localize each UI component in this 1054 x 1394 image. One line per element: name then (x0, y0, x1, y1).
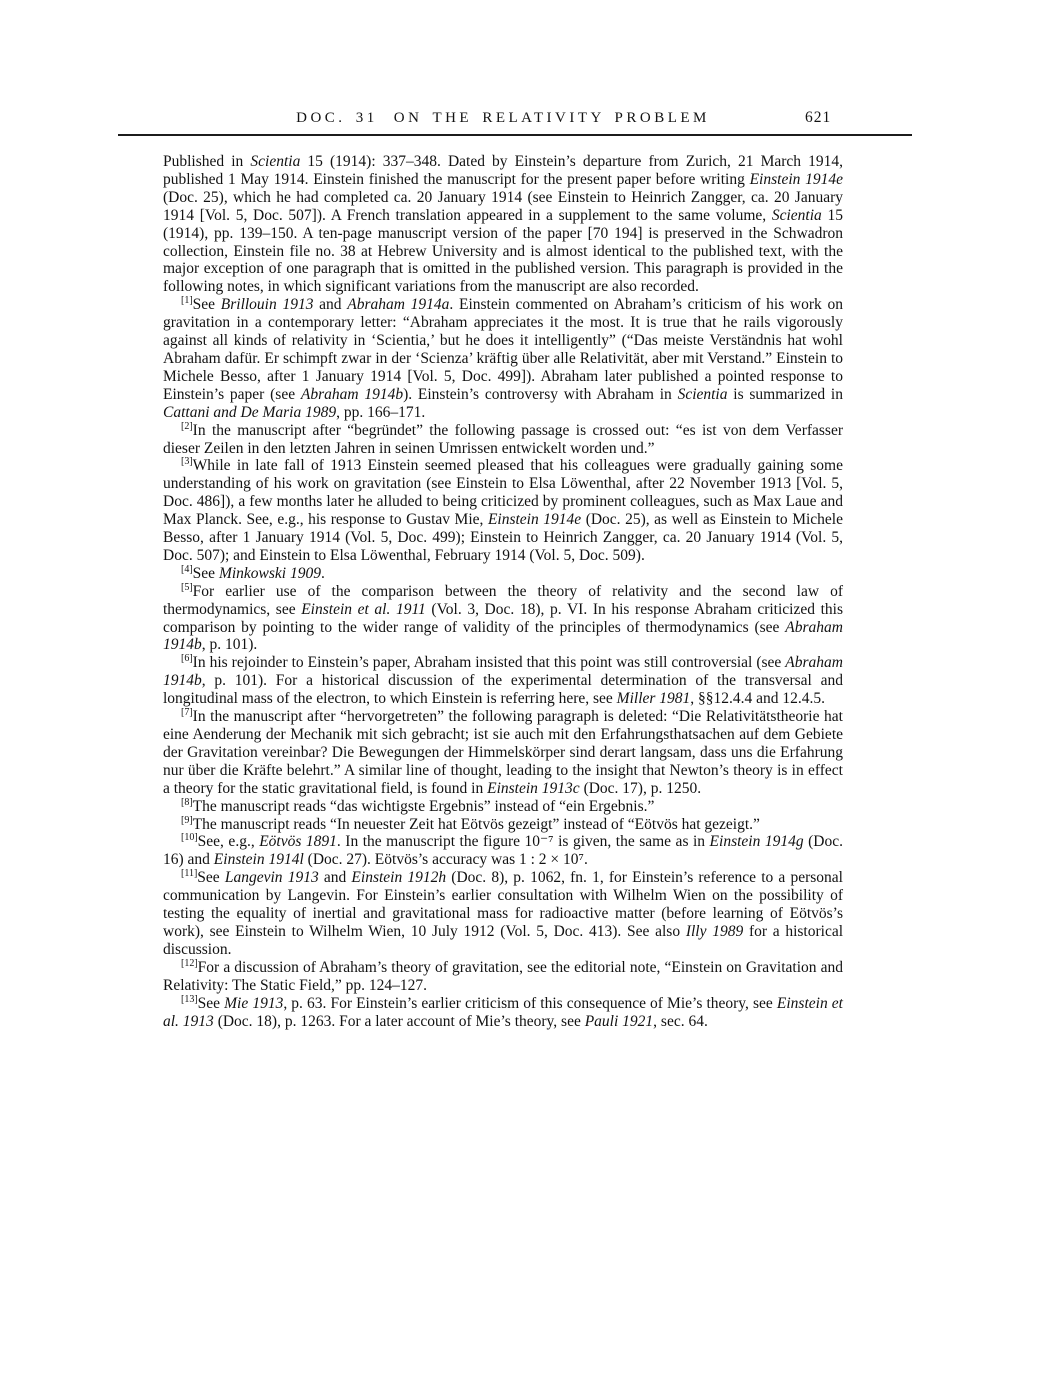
note-text: See (198, 995, 224, 1012)
footnote-marker: [13] (181, 993, 198, 1004)
editorial-notes: Published in Scientia 15 (1914): 337–348… (163, 153, 843, 1030)
book-page: DOC. 31 ON THE RELATIVITY PROBLEM 621 Pu… (0, 0, 1054, 1394)
citation-text: Minkowski 1909 (219, 565, 321, 582)
citation-text: Scientia (772, 207, 822, 224)
citation-text: Einstein 1914e (750, 171, 843, 188)
note-text: . In the manuscript the figure 10⁻⁷ is g… (337, 833, 710, 850)
note-text: In his rejoinder to Einstein’s paper, Ab… (193, 654, 786, 671)
header-rule (118, 134, 912, 136)
citation-text: Abraham 1914a (347, 296, 449, 313)
note-text: and (319, 869, 352, 886)
citation-text: Scientia (678, 386, 728, 403)
note-text: , pp. 166–171. (336, 404, 425, 421)
citation-text: Einstein 1914l (214, 851, 304, 868)
footnote-paragraph: [10]See, e.g., Eötvös 1891. In the manus… (163, 833, 843, 869)
footnote-paragraph: [2]In the manuscript after “begründet” t… (163, 422, 843, 458)
footnote-marker: [8] (181, 796, 193, 807)
footnote-paragraph: [12]For a discussion of Abraham’s theory… (163, 959, 843, 995)
note-text: is summarized in (728, 386, 844, 403)
note-text: See, e.g., (198, 833, 260, 850)
citation-text: Mie 1913 (224, 995, 283, 1012)
citation-text: Cattani and De Maria 1989 (163, 404, 336, 421)
citation-text: Einstein et al. 1911 (301, 601, 426, 618)
footnote-marker: [10] (181, 832, 198, 843)
footnote-marker: [6] (181, 653, 193, 664)
footnote-marker: [5] (181, 582, 193, 593)
note-text: (Doc. 25), which he had completed ca. 20… (163, 189, 843, 224)
note-text: and (313, 296, 347, 313)
footnote-paragraph: [6]In his rejoinder to Einstein’s paper,… (163, 654, 843, 708)
note-text: See (193, 296, 221, 313)
citation-text: Abraham 1914b (301, 386, 403, 403)
page-title: ON THE RELATIVITY PROBLEM (394, 110, 710, 127)
note-text: See (197, 869, 225, 886)
footnote-paragraph: [1]See Brillouin 1913 and Abraham 1914a.… (163, 296, 843, 421)
citation-text: Scientia (250, 153, 300, 170)
footnote-marker: [3] (181, 456, 193, 467)
footnote-paragraph: [7]In the manuscript after “hervorgetret… (163, 708, 843, 798)
citation-text: Pauli 1921 (585, 1013, 653, 1030)
footnote-paragraph: [13]See Mie 1913, p. 63. For Einstein’s … (163, 995, 843, 1031)
page-number: 621 (805, 109, 831, 127)
footnote-marker: [9] (181, 814, 193, 825)
note-text: . (321, 565, 325, 582)
note-text: For a discussion of Abraham’s theory of … (163, 959, 843, 994)
citation-text: Einstein 1912h (351, 869, 446, 886)
footnote-paragraph: [8]The manuscript reads “das wichtigste … (163, 798, 843, 816)
note-text: ). Einstein’s controversy with Abraham i… (403, 386, 677, 403)
footnote-paragraph: [3]While in late fall of 1913 Einstein s… (163, 457, 843, 564)
footnote-paragraph: [5]For earlier use of the comparison bet… (163, 583, 843, 655)
note-text: , §§12.4.4 and 12.4.5. (690, 690, 825, 707)
running-head: DOC. 31 ON THE RELATIVITY PROBLEM (163, 110, 843, 127)
footnote-marker: [12] (181, 958, 198, 969)
note-text: Published in (163, 153, 250, 170)
footnote-marker: [4] (181, 564, 193, 575)
citation-text: Langevin 1913 (225, 869, 319, 886)
note-text: The manuscript reads “das wichtigste Erg… (193, 798, 655, 815)
citation-text: Einstein 1914g (710, 833, 804, 850)
note-text: See (193, 565, 219, 582)
citation-text: Einstein 1914e (488, 511, 581, 528)
citation-text: Illy 1989 (686, 923, 743, 940)
doc-number-label: DOC. 31 (296, 110, 378, 127)
footnote-paragraph: [4]See Minkowski 1909. (163, 565, 843, 583)
citation-text: Miller 1981 (617, 690, 691, 707)
footnote-paragraph: [9]The manuscript reads “In neuester Zei… (163, 816, 843, 834)
citation-text: Einstein 1913c (487, 780, 580, 797)
note-text: The manuscript reads “In neuester Zeit h… (193, 816, 760, 833)
note-text: , sec. 64. (653, 1013, 708, 1030)
note-text: (Doc. 17), p. 1250. (580, 780, 701, 797)
footnote-marker: [7] (181, 707, 193, 718)
note-text: , p. 63. For Einstein’s earlier criticis… (283, 995, 777, 1012)
footnote-marker: [11] (181, 868, 197, 879)
footnote-marker: [1] (181, 295, 193, 306)
note-text: (Doc. 18), p. 1263. For a later account … (214, 1013, 585, 1030)
footnote-paragraph: [11]See Langevin 1913 and Einstein 1912h… (163, 869, 843, 959)
citation-text: Brillouin 1913 (221, 296, 314, 313)
citation-text: Eötvös 1891 (259, 833, 337, 850)
note-text: , p. 101). (202, 636, 258, 653)
note-text: In the manuscript after “begründet” the … (163, 422, 843, 457)
footnote-marker: [2] (181, 420, 193, 431)
intro-paragraph: Published in Scientia 15 (1914): 337–348… (163, 153, 843, 296)
note-text: (Doc. 27). Eötvös’s accuracy was 1 : 2 ×… (304, 851, 588, 868)
